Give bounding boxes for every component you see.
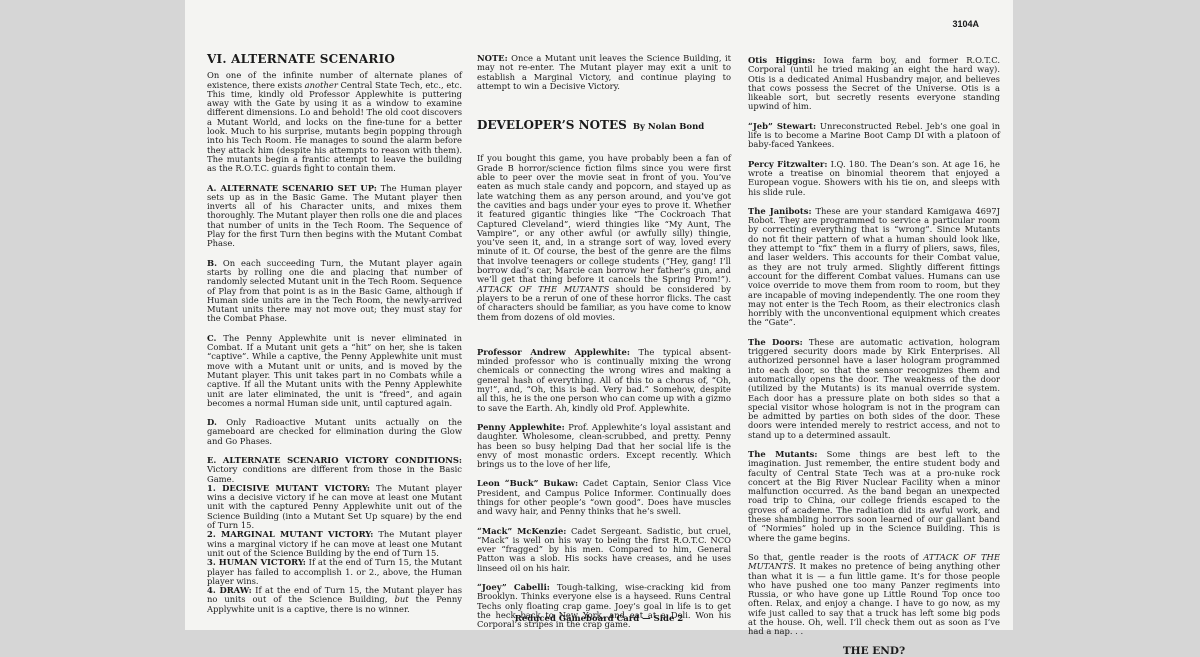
entry-janibots: The Janibots: These are your standard Ka…	[748, 207, 1000, 328]
developers-notes-intro: If you bought this game, you have probab…	[477, 154, 731, 321]
section-title: VI. ALTERNATE SCENARIO	[207, 55, 462, 64]
column-characters: Otis Higgins: Iowa farm boy, and former …	[748, 56, 1000, 630]
rule-e: E. ALTERNATE SCENARIO VICTORY CONDITIONS…	[207, 456, 462, 484]
entry-mutants: The Mutants: Some things are best left t…	[748, 450, 1000, 543]
rule-d: D. Only Radioactive Mutant units actuall…	[207, 418, 462, 446]
character-leon: Leon “Buck” Bukaw: Cadet Captain, Senior…	[477, 479, 731, 516]
column-alternate-scenario: VI. ALTERNATE SCENARIO On one of the inf…	[207, 55, 462, 614]
note-paragraph: NOTE: Once a Mutant unit leaves the Scie…	[477, 54, 731, 91]
developers-notes-title: DEVELOPER’S NOTESBy Nolan Bond	[477, 121, 731, 132]
character-percy: Percy Fitzwalter: I.Q. 180. The Dean’s s…	[748, 160, 1000, 197]
rule-a: A. ALTERNATE SCENARIO SET UP: The Human …	[207, 184, 462, 249]
intro-paragraph: On one of the infinite number of alterna…	[207, 71, 462, 173]
victory-marginal: 2. MARGINAL MUTANT VICTORY: The Mutant p…	[207, 530, 462, 558]
column-developers-notes: NOTE: Once a Mutant unit leaves the Scie…	[477, 54, 731, 630]
entry-doors: The Doors: These are automatic activatio…	[748, 338, 1000, 440]
document-code: 3104A	[952, 19, 979, 29]
victory-human: 3. HUMAN VICTORY: If at the end of Turn …	[207, 558, 462, 586]
document-page: 3104A VI. ALTERNATE SCENARIO On one of t…	[185, 0, 1013, 630]
rule-b: B. On each succeeding Turn, the Mutant p…	[207, 259, 462, 324]
byline: By Nolan Bond	[633, 122, 704, 132]
victory-draw: 4. DRAW: If at the end of Turn 15, the M…	[207, 586, 462, 614]
rule-c: C. The Penny Applewhite unit is never el…	[207, 334, 462, 408]
character-jeb: “Jeb” Stewart: Unreconstructed Rebel. Je…	[748, 122, 1000, 150]
character-otis: Otis Higgins: Iowa farm boy, and former …	[748, 56, 1000, 112]
character-penny: Penny Applewhite: Prof. Applewhite’s loy…	[477, 423, 731, 469]
character-mack: “Mack” McKenzie: Cadet Sergeant. Sadisti…	[477, 527, 731, 573]
page-footer: Reduced Gameboard Card — Side 2	[185, 614, 1013, 624]
victory-decisive: 1. DECISIVE MUTANT VICTORY: The Mutant p…	[207, 484, 462, 530]
character-professor: Professor Andrew Applewhite: The typical…	[477, 348, 731, 413]
